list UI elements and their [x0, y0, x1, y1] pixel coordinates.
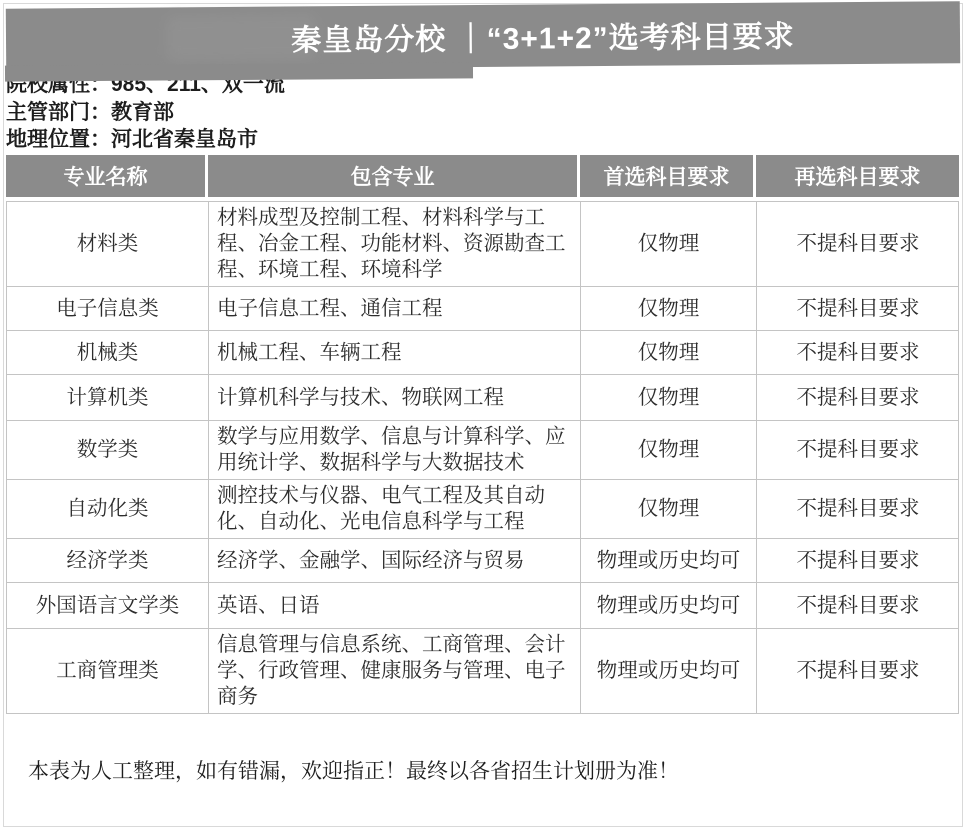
banner-extension-block [5, 62, 473, 81]
cell-second-subject: 不提科目要求 [756, 331, 959, 374]
cell-major: 工商管理类 [7, 629, 208, 713]
table-row: 经济学类 经济学、金融学、国际经济与贸易 物理或历史均可 不提科目要求 [7, 538, 958, 582]
cell-second-subject: 不提科目要求 [756, 583, 959, 628]
cell-second-subject: 不提科目要求 [756, 287, 959, 330]
cell-second-subject: 不提科目要求 [756, 375, 959, 420]
table-row: 电子信息类 电子信息工程、通信工程 仅物理 不提科目要求 [7, 286, 958, 330]
table-body: 材料类 材料成型及控制工程、材料科学与工程、冶金工程、功能材料、资源勘查工程、环… [6, 201, 959, 714]
cell-second-subject: 不提科目要求 [756, 202, 959, 286]
cell-major: 材料类 [7, 202, 208, 286]
table-row: 计算机类 计算机科学与技术、物联网工程 仅物理 不提科目要求 [7, 374, 958, 420]
table-row: 外国语言文学类 英语、日语 物理或历史均可 不提科目要求 [7, 582, 958, 628]
header-cell-major: 专业名称 [6, 155, 208, 197]
cell-first-subject: 仅物理 [580, 331, 756, 374]
page-title: 秦皇岛分校 ｜“3+1+2”选考科目要求 [291, 12, 795, 60]
title-banner: 秦皇岛分校 ｜“3+1+2”选考科目要求 [6, 1, 960, 70]
table-row: 材料类 材料成型及控制工程、材料科学与工程、冶金工程、功能材料、资源勘查工程、环… [7, 202, 958, 286]
cell-programs: 经济学、金融学、国际经济与贸易 [208, 539, 580, 582]
footer-note: 本表为人工整理，如有错漏，欢迎指正！最终以各省招生计划册为准！ [28, 758, 679, 785]
cell-programs: 机械工程、车辆工程 [208, 331, 580, 374]
cell-major: 自动化类 [7, 480, 208, 538]
cell-first-subject: 物理或历史均可 [580, 539, 756, 582]
cell-programs: 材料成型及控制工程、材料科学与工程、冶金工程、功能材料、资源勘查工程、环境工程、… [208, 202, 580, 286]
cell-first-subject: 仅物理 [580, 375, 756, 420]
table-row: 数学类 数学与应用数学、信息与计算科学、应用统计学、数据科学与大数据技术 仅物理… [7, 420, 958, 479]
cell-first-subject: 物理或历史均可 [580, 583, 756, 628]
cell-major: 电子信息类 [7, 287, 208, 330]
cell-second-subject: 不提科目要求 [756, 421, 959, 479]
cell-first-subject: 仅物理 [580, 287, 756, 330]
cell-major: 机械类 [7, 331, 208, 374]
cell-programs: 计算机科学与技术、物联网工程 [208, 375, 580, 420]
cell-programs: 英语、日语 [208, 583, 580, 628]
cell-first-subject: 物理或历史均可 [580, 629, 756, 713]
cell-second-subject: 不提科目要求 [756, 629, 959, 713]
cell-first-subject: 仅物理 [580, 421, 756, 479]
header-cell-first-subject: 首选科目要求 [580, 155, 756, 197]
cell-major: 经济学类 [7, 539, 208, 582]
cell-programs: 数学与应用数学、信息与计算科学、应用统计学、数据科学与大数据技术 [208, 421, 580, 479]
table-header-row: 专业名称 包含专业 首选科目要求 再选科目要求 [6, 155, 959, 197]
cell-programs: 测控技术与仪器、电气工程及其自动化、自动化、光电信息科学与工程 [208, 480, 580, 538]
info-line-location: 地理位置：河北省秦皇岛市 [6, 127, 258, 153]
cell-second-subject: 不提科目要求 [756, 480, 959, 538]
table-row: 自动化类 测控技术与仪器、电气工程及其自动化、自动化、光电信息科学与工程 仅物理… [7, 479, 958, 538]
cell-first-subject: 仅物理 [580, 202, 756, 286]
cell-major: 计算机类 [7, 375, 208, 420]
cell-major: 外国语言文学类 [7, 583, 208, 628]
table-row: 机械类 机械工程、车辆工程 仅物理 不提科目要求 [7, 330, 958, 374]
cell-first-subject: 仅物理 [580, 480, 756, 538]
cell-second-subject: 不提科目要求 [756, 539, 959, 582]
table-row: 工商管理类 信息管理与信息系统、工商管理、会计学、行政管理、健康服务与管理、电子… [7, 628, 958, 713]
cell-programs: 电子信息工程、通信工程 [208, 287, 580, 330]
header-cell-programs: 包含专业 [208, 155, 580, 197]
cell-programs: 信息管理与信息系统、工商管理、会计学、行政管理、健康服务与管理、电子商务 [208, 629, 580, 713]
subject-requirements-table: 专业名称 包含专业 首选科目要求 再选科目要求 材料类 材料成型及控制工程、材料… [6, 155, 959, 714]
cell-major: 数学类 [7, 421, 208, 479]
header-cell-second-subject: 再选科目要求 [756, 155, 959, 197]
info-line-department: 主管部门：教育部 [6, 100, 174, 126]
